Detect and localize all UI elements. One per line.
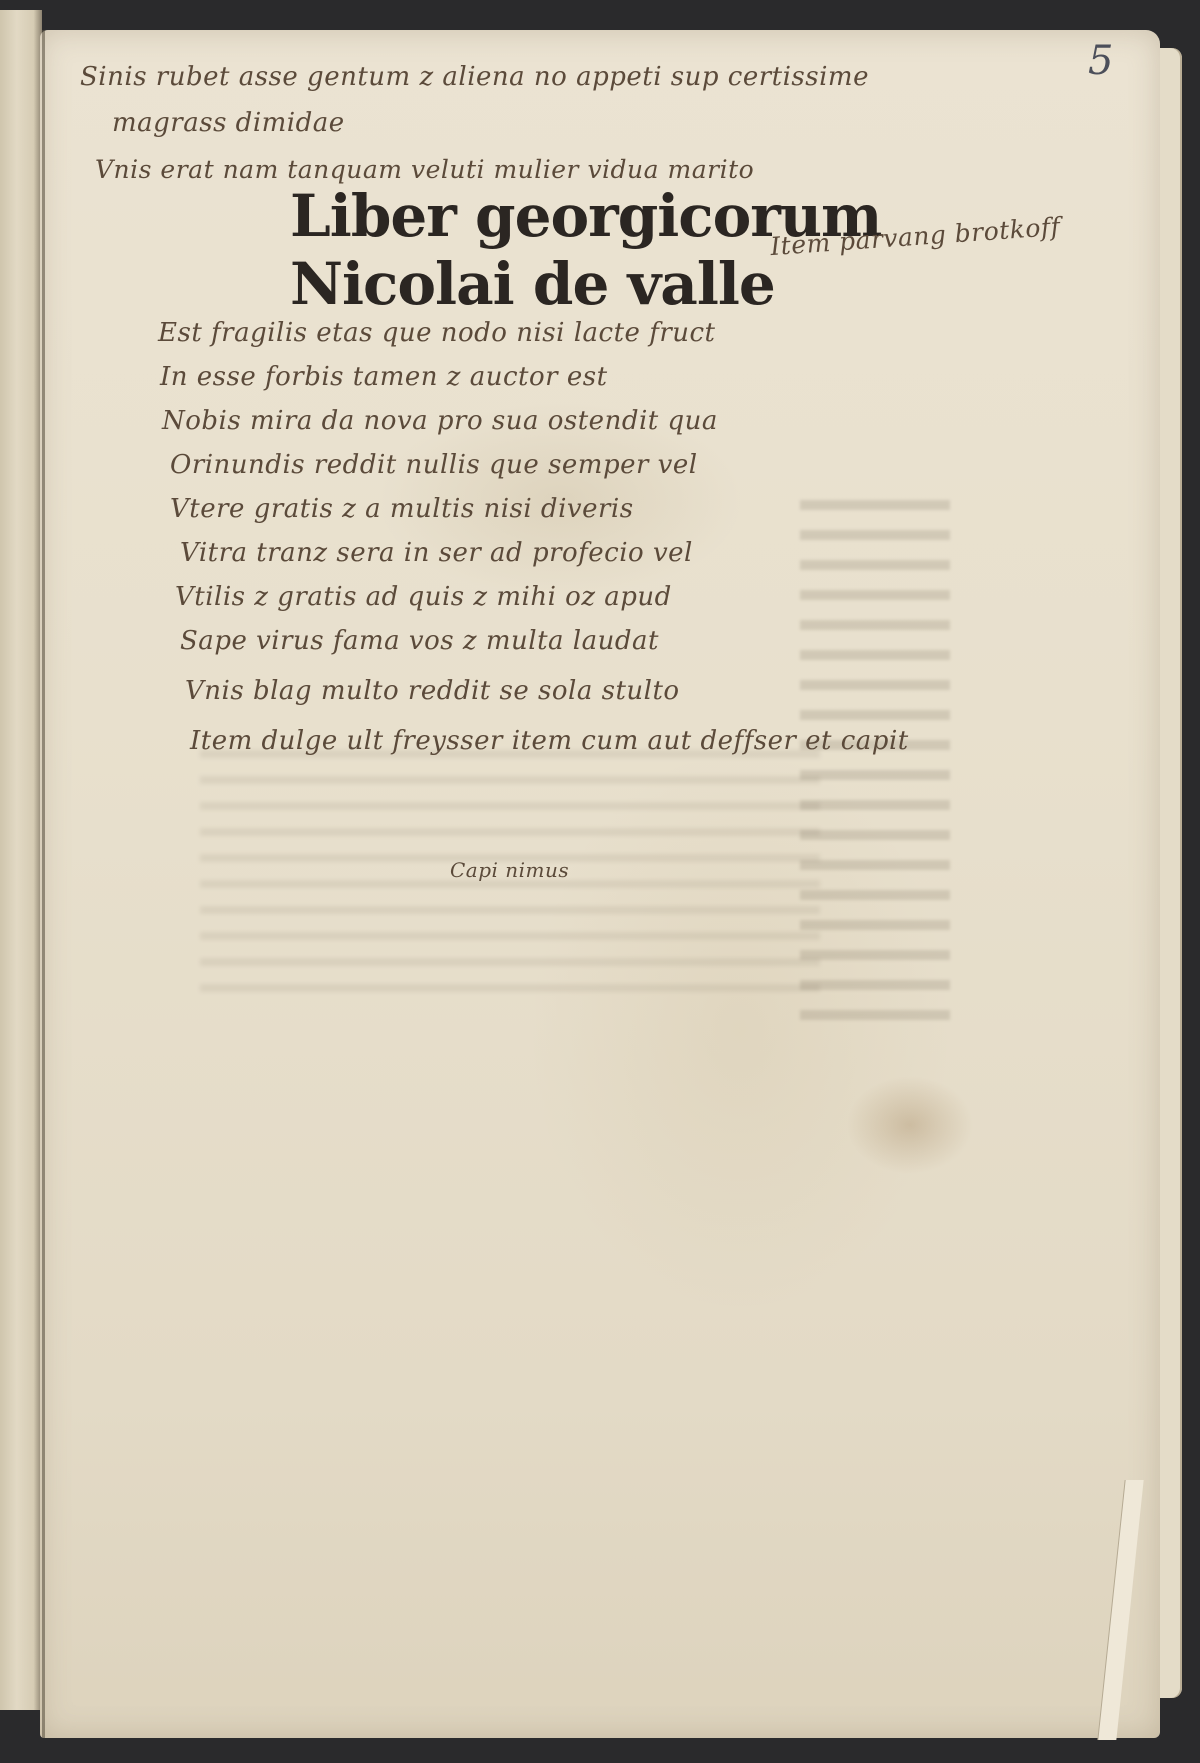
- footer-note: Capi nimus: [450, 858, 569, 882]
- handwritten-line: Vitra tranz sera in ser ad profecio vel: [180, 538, 693, 568]
- handwritten-line: Vtilis z gratis ad quis z mihi oz apud: [175, 582, 672, 612]
- handwritten-line: Nobis mira da nova pro sua ostendit qua: [162, 406, 718, 436]
- folio-number: 5: [1088, 38, 1113, 84]
- handwritten-line: Vnis erat nam tanquam veluti mulier vidu…: [95, 155, 754, 184]
- handwritten-line: magrass dimidae: [112, 108, 345, 138]
- handwritten-line: Est fragilis etas que nodo nisi lacte fr…: [158, 318, 716, 348]
- handwritten-line: Orinundis reddit nullis que semper vel: [170, 450, 698, 480]
- page-fold: [42, 30, 45, 1738]
- handwritten-line: Sape virus fama vos z multa laudat: [180, 626, 659, 656]
- handwritten-line: Vtere gratis z a multis nisi diveris: [170, 494, 634, 524]
- bleed-through-print: [800, 500, 950, 1020]
- handwritten-line: In esse forbis tamen z auctor est: [160, 362, 608, 392]
- handwritten-line: Vnis blag multo reddit se sola stulto: [185, 676, 680, 706]
- left-page-edge: [0, 10, 42, 1710]
- handwritten-line: Item dulge ult freysser item cum aut def…: [190, 726, 909, 756]
- handwritten-line: Sinis rubet asse gentum z aliena no appe…: [80, 62, 869, 92]
- printed-title-line-2: Nicolai de valle: [290, 250, 775, 318]
